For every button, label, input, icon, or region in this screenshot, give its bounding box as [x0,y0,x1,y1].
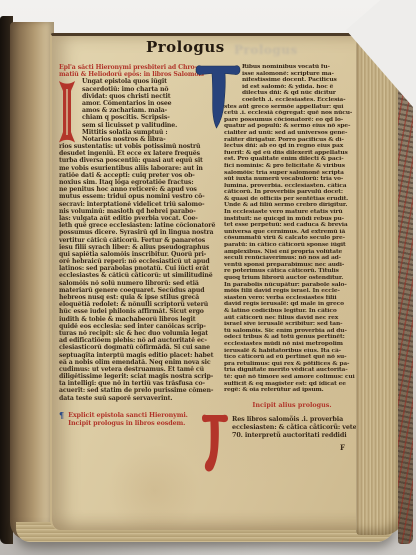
text-line: mutus essem: tridui opus nomini vestro c… [59,193,219,200]
fore-edge-page-stack [356,30,404,535]
text-line: leth quẽ grece ecclesiasten: latine cõci… [59,222,219,229]
text-line: david regis ierusalẽ: qd male in greco [224,301,360,308]
text-line: latinos: sed parabolas pnotatũ. Cui iũct… [59,265,219,272]
text-line: cõsummatũ virũ & calcato seculo pre- [224,235,360,242]
text-line: diligẽtissime legerit: sciat magis nostr… [59,373,219,380]
text-line: Ribus nominibus vocatũ fu- [242,64,360,71]
text-line: rios sustentatis: ut vobis potissimũ nos… [59,143,219,150]
text-line: israel sive ierusalẽ scribitur: sed tan- [224,321,360,328]
text-line: eloquẽtiã redolet: & nõnulli scriptorũ v… [59,301,219,308]
text-line: aũt cãticorũ nec filius david nec rex [224,315,360,322]
body-text: stes aũt greco sermõe appellatur: quicet… [224,104,360,394]
text-line: hebreos nusq est: quia & ipse stilus gre… [59,294,219,301]
text-line: tet esse perpetuũ: sed caduca & brevia [224,222,360,229]
text-line: me vobis esurientibus aliis laborare: au… [59,165,219,172]
tres-libros-lines: Res libros salomõis .i. proverbiaecclesi… [232,415,360,440]
text-line: sũt iuxta numerũ vocabulorũ: tria vo- [224,176,360,183]
text-line: Unde & ad filiũ sermo crebro dirigitur. [224,202,360,209]
text-line: noxius sim. Itaq lõga egrotatiõe fractus… [59,179,219,186]
gutter-page-stack [10,22,54,540]
text-line: nis voluminũ: masloth qd hebrei parabo- [59,208,219,215]
text-line: quatur ad populũ: & sermo eius nõ spe- [224,123,360,130]
text-line: est. Pro qualitate enim dilecti & paci- [224,156,360,163]
text-line: ecclesiastes & cãticũ cãticorũ: ut simil… [59,272,219,279]
text-line: turba diversa poscentiũ: quasi aut equũ … [59,157,219,164]
text-line: ventũ sponsi preparabimus: nec audi- [224,262,360,269]
text-line: odecĩ tribus & ad totũ genus pertinẽt: [224,334,360,341]
text-line: paratũ: in cãtico cãticorũ sponse iũgit [224,242,360,249]
text-line: pare possumus cõcionatorẽ: eo qd lo- [224,117,360,124]
text-line: ecclesiastes mũdi nõ nisi metropolim [224,341,360,348]
tres-libros-paragraph: Res libros salomõis .i. proverbiaecclesi… [232,415,360,452]
text-line: lumina. proverbia. ecclesiasten. cãtica [224,183,360,190]
text-line: tria dignitate merito vẽdicat auctorita- [224,367,360,374]
text-line: clesiasticorũ dogmatũ cõfirmãdã. Si cui … [59,344,219,351]
text-line: septuagĩta interptũ magis editio placet:… [59,352,219,359]
text-line: Notarios nostros & libra- [82,136,219,143]
explicit-lines: Explicit epistola sancti Hieronymi.Incip… [68,411,188,427]
text-line: fuerit: & qd eũ dñs dilexerit appellatus [224,150,360,157]
rubric-line: Incipit prologus in libros eosdem. [68,419,188,427]
rubric-line: Explicit epistola sancti Hieronymi. [68,411,188,419]
text-line: lectus dñi: ab eo qd in regno eius pax [224,143,360,150]
text-line: dilectus dñi: & qd nũc dicitur [242,90,360,97]
text-line: turas nõ recipit: sic & hec duo volumĩa … [59,330,219,337]
text-line: mõis filii david regis israel. In eccle- [224,288,360,295]
text-line: desudet ingeniũ. Et ecce ex latere frequ… [59,150,219,157]
text-line: ne penitus hoc anno reticerẽ: & apud vos [59,186,219,193]
text-line: seculi renũciaverimus: nõ nos ad ad- [224,255,360,262]
text-line: coeleth .i. ecclesiastes. Ecclesia- [242,97,360,104]
text-line: id est salomõ: & ydida. hoc ẽ [242,84,360,91]
text-line: data teste suũ saporẽ servaverint. [59,395,219,402]
text-line: fici nominis: & pro felicitate & viribus [224,163,360,170]
text-line: salomõis nõ solũ numero librorũ: sed eti… [59,280,219,287]
text-line: siasten vero: verba ecclesiastes filii [224,295,360,302]
text-line: salomõis: tria super salomonẽ scripta [224,170,360,177]
text-line: sufficit & eq magister est: qd ĩdicat ee [224,381,360,388]
text-line: las: vulgata aũt editio pverbia vocat. C… [59,215,219,222]
text-line: cudimus: ut vetera destruamus. Et tamẽ c… [59,366,219,373]
illuminated-initial-T-icon [195,64,241,132]
binding-board-edge [398,38,413,544]
text-line: quidẽ eos ecclesia: sed inter canõicas s… [59,323,219,330]
text-line: orẽ hebraicũ reperi: nõ ecclesiasticũ ut… [59,258,219,265]
text-line: vertitur cãticũ cãticorũ. Fertur & panar… [59,237,219,244]
text-line: In ecclesiaste vero mature etatis virũ [224,209,360,216]
text-line: materiarũ genere coequaret. Secũdus apud [59,287,219,294]
rubricated-initial-T-icon [201,413,229,475]
text-line: acuerĩt: sed statim de prelo purissime c… [59,387,219,394]
text-line: In parabolis nũcupãtur: parabole salo- [224,282,360,289]
text-line: Res libros salomõis .i. proverbia [232,415,360,423]
running-title: Prologus [146,38,225,56]
opening-paragraph: Ribus nominibus vocatũ fu-isse salomonẽ:… [224,64,360,104]
incipit-alius-prologus: Incipit alius prologus. [224,401,360,409]
text-line: ierusalẽ & habitatoribus eius. Ita cã- [224,348,360,355]
text-line: raliter dirigatur. Porro pacificus & di- [224,137,360,144]
text-line: tẽ: quẽ nõ timore sed amore colimus: cui [224,374,360,381]
text-line: isse salomonẽ: scripture ma- [242,71,360,78]
indented-lines: Ribus nominibus vocatũ fu-isse salomonẽ:… [242,64,360,104]
text-line: pra retulimus: qui rex & põtifices & pa- [224,361,360,368]
text-line: iesu filii syrach liber: & alius pseudog… [59,244,219,251]
book-page: Prologus Prologus Epl'a sãcti Hieronymi … [50,33,392,530]
text-line: tũ salomõis. Sic enim proverbia ad du- [224,328,360,335]
text-line: stes aũt greco sermõe appellatur: qui [224,104,360,111]
text-line: re poterimus cãtica cãticorũ. Titulis [224,268,360,275]
text-line: quoq trium librorũ auctor ostenditur. [224,275,360,282]
text-line: ad edificatiõem plebis: nõ ad auctoritat… [59,337,219,344]
text-line: ratiõe dati & accepti: cuiq preter vos o… [59,172,219,179]
text-line: qui sapiẽtia salomõis inscribitur. Quorũ… [59,251,219,258]
photograph-of-open-incunabulum: Prologus Prologus Epl'a sãcti Hieronymi … [0,0,416,555]
explicit-incipit-block: ¶ Explicit epistola sancti Hieronymi.Inc… [59,411,219,427]
text-line: possumus dicere. Syrasirũ qd in lingua n… [59,229,219,236]
text-line: cãticorũ. In proverbiis parvulũ docet: [224,189,360,196]
text-line: cialiter ad unũ: sed ad universos gene- [224,130,360,137]
text-line: eã a nobis olim emendatã. Neq enim nova … [59,359,219,366]
right-text-column: Ribus nominibus vocatũ fu-isse salomonẽ:… [224,64,360,452]
text-line: & latino codicibus legitur. In cãtico [224,308,360,315]
text-line: ecclesiasten: & cãtica cãticorũ: veteri [232,423,360,431]
text-line: amplexibus. Nisi enĩ propria volũtate [224,249,360,256]
text-line: tico cãticorũ ad eũ pertinet quẽ nõ su- [224,354,360,361]
text-line: 70. interpretũ auctoritati reddidi [232,431,360,439]
text-line: hũc esse iudei philonis affirmãt. Sicut … [59,308,219,315]
text-line: iudith & tobie & machabeorũ libros legit [59,316,219,323]
text-line: regẽ: & oĩa referũtur ad ipsum. [224,387,360,394]
text-line: secravi: interptationẽ videlicet triũ sa… [59,201,219,208]
text-line: ta intelligi: que nõ in tertiũ vas trãsf… [59,380,219,387]
text-line: instituit: ne quicqd in mũdi rebus pu- [224,216,360,223]
illuminated-initial-I-icon [57,79,77,145]
text-line: universa que cernimus. Ad extremũ iã [224,229,360,236]
text-line: nifestissime docent. Pacificus [242,77,360,84]
text-line: & quasi de officiis per sentẽtias erudit… [224,196,360,203]
text-line: cetũ .i. ecclesiã cõgregat: quẽ nos nũcu… [224,110,360,117]
body-text: rios sustentatis: ut vobis potissimũ nos… [59,143,219,402]
show-through-ghost-title: Prologus [234,43,298,57]
pilcrow-icon: ¶ [59,411,64,427]
